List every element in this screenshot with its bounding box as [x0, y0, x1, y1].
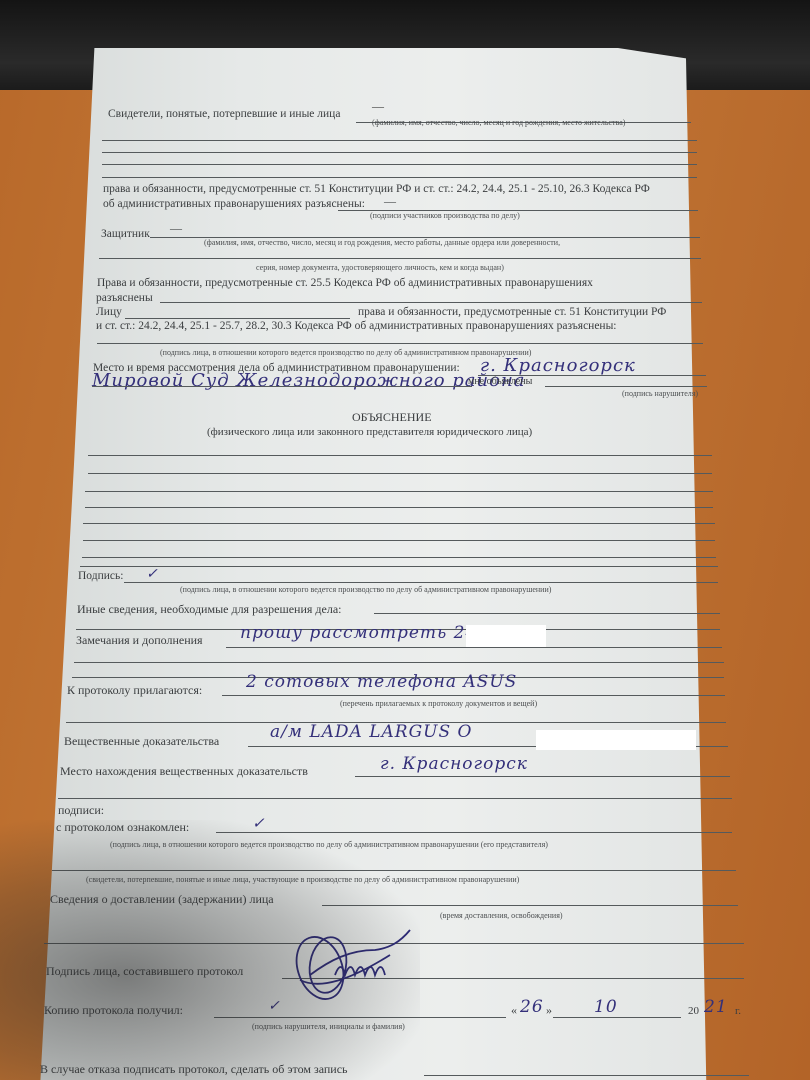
rights1-line2: об административных правонарушениях разъ… — [103, 198, 365, 210]
rights1-hint: (подписи участников производства по делу… — [370, 211, 520, 220]
evidence-handwritten: а/м LADA LARGUS О — [270, 722, 473, 742]
acquainted-label: с протоколом ознакомлен: — [56, 820, 189, 835]
copy-hint: (подпись нарушителя, инициалы и фамилия) — [252, 1022, 405, 1031]
witnesses-line-3[interactable] — [102, 152, 697, 153]
announced-signature-field[interactable] — [545, 386, 707, 387]
rights1-line1: права и обязанности, предусмотренные ст.… — [103, 183, 650, 195]
explanation-title: ОБЪЯСНЕНИЕ — [352, 410, 432, 425]
date-month[interactable]: 10 — [594, 997, 618, 1017]
redaction-box — [466, 625, 546, 647]
signature-field[interactable] — [124, 582, 718, 583]
person-hint: (подпись лица, в отношении которого веде… — [160, 348, 531, 357]
explanation-line-6[interactable] — [83, 540, 715, 541]
witnesses-hint: (фамилия, имя, отчество, число, месяц и … — [372, 118, 625, 127]
explanation-line-5[interactable] — [83, 523, 715, 524]
witnesses-line-2[interactable] — [102, 140, 697, 141]
announced-label: мне объявлены — [468, 376, 532, 387]
place-handwritten-line2: Мировой Суд Железнодорожного района — [92, 370, 526, 391]
remarks-line-2[interactable] — [74, 662, 724, 663]
delivery-hint: (время доставления, освобождения) — [440, 911, 563, 920]
date-year-end: г. — [735, 1005, 741, 1017]
remarks-field[interactable] — [226, 647, 722, 648]
date-year-suffix[interactable]: 21 — [704, 997, 728, 1017]
acquainted-check: ✓ — [252, 814, 266, 832]
witnesses-value: — — [372, 99, 384, 114]
author-signature-scribble — [280, 920, 420, 1005]
defender-line-2[interactable] — [99, 258, 701, 259]
evidence-location-handwritten: г. Красногорск — [380, 754, 528, 774]
evidence-location-line-2[interactable] — [58, 798, 732, 799]
author-signature-label: Подпись лица, составившего протокол — [46, 964, 243, 979]
date-day[interactable]: 26 — [520, 997, 544, 1017]
rights1-value: — — [384, 194, 396, 209]
person-rights-2: и ст. ст.: 24.2, 24.4, 25.1 - 25.7, 28.2… — [96, 320, 617, 332]
copy-signature-field[interactable] — [214, 1017, 506, 1018]
person-field[interactable] — [125, 318, 350, 319]
signature-check: ✓ — [146, 566, 159, 582]
date-month-field[interactable] — [553, 1017, 681, 1018]
date-year-prefix: 20 — [688, 1005, 699, 1017]
explanation-line-7[interactable] — [82, 557, 716, 558]
rights2-line2: разъяснены — [96, 292, 153, 304]
attached-label: К протоколу прилагаются: — [67, 683, 202, 698]
signature-hint: (подпись лица, в отношении которого веде… — [180, 585, 551, 594]
attached-handwritten: 2 сотовых телефона ASUS — [246, 672, 517, 692]
explanation-line-2[interactable] — [88, 473, 712, 474]
witnesses-label: Свидетели, понятые, потерпевшие и иные л… — [108, 108, 340, 120]
explanation-line-3[interactable] — [85, 491, 713, 492]
rights2-line1: Права и обязанности, предусмотренные ст.… — [97, 277, 593, 289]
copy-check: ✓ — [268, 998, 281, 1014]
person-label: Лицу — [96, 306, 122, 318]
refusal-label: В случае отказа подписать протокол, сдел… — [40, 1062, 348, 1077]
redaction-box — [536, 730, 696, 750]
other-info-label: Иные сведения, необходимые для разрешени… — [77, 602, 341, 617]
participants-field[interactable] — [52, 870, 736, 871]
remarks-label: Замечания и дополнения — [76, 633, 203, 648]
defender-value: — — [170, 221, 182, 236]
place-line-2[interactable] — [92, 386, 472, 387]
explanation-subtitle: (физического лица или законного представ… — [207, 426, 532, 438]
person-signature-field[interactable] — [97, 343, 703, 344]
defender-hint-1: (фамилия, имя, отчество, число, месяц и … — [204, 238, 560, 247]
defender-hint-2: серия, номер документа, удостоверяющего … — [256, 263, 504, 272]
evidence-label: Вещественные доказательства — [64, 734, 219, 749]
person-rights: права и обязанности, предусмотренные ст.… — [358, 306, 666, 318]
date-close-quote: » — [546, 1003, 552, 1018]
explanation-line-8[interactable] — [80, 566, 718, 567]
acquainted-hint: (подпись лица, в отношении которого веде… — [110, 840, 548, 849]
evidence-location-field[interactable] — [355, 776, 730, 777]
attached-hint: (перечень прилагаемых к протоколу докуме… — [340, 699, 537, 708]
attached-field[interactable] — [222, 695, 725, 696]
participants-hint: (свидетели, потерпевшие, понятые и иные … — [86, 875, 519, 884]
explanation-line-1[interactable] — [88, 455, 712, 456]
witnesses-line-4[interactable] — [102, 164, 697, 165]
date-open-quote: « — [511, 1003, 517, 1018]
other-info-field[interactable] — [374, 613, 720, 614]
defender-label: Защитник — [101, 228, 150, 240]
refusal-field[interactable] — [424, 1075, 749, 1076]
delivery-field[interactable] — [322, 905, 738, 906]
evidence-location-label: Место нахождения вещественных доказатель… — [60, 764, 308, 779]
acquainted-field[interactable] — [216, 832, 732, 833]
announced-hint: (подпись нарушителя) — [622, 389, 698, 398]
explanation-line-4[interactable] — [85, 507, 713, 508]
signatures-label: подписи: — [58, 803, 104, 818]
copy-label: Копию протокола получил: — [44, 1003, 183, 1018]
signature-label: Подпись: — [78, 570, 123, 582]
witnesses-line-5[interactable] — [102, 177, 697, 178]
rights2-field[interactable] — [160, 302, 702, 303]
delivery-label: Сведения о доставлении (задержании) лица — [50, 892, 274, 907]
